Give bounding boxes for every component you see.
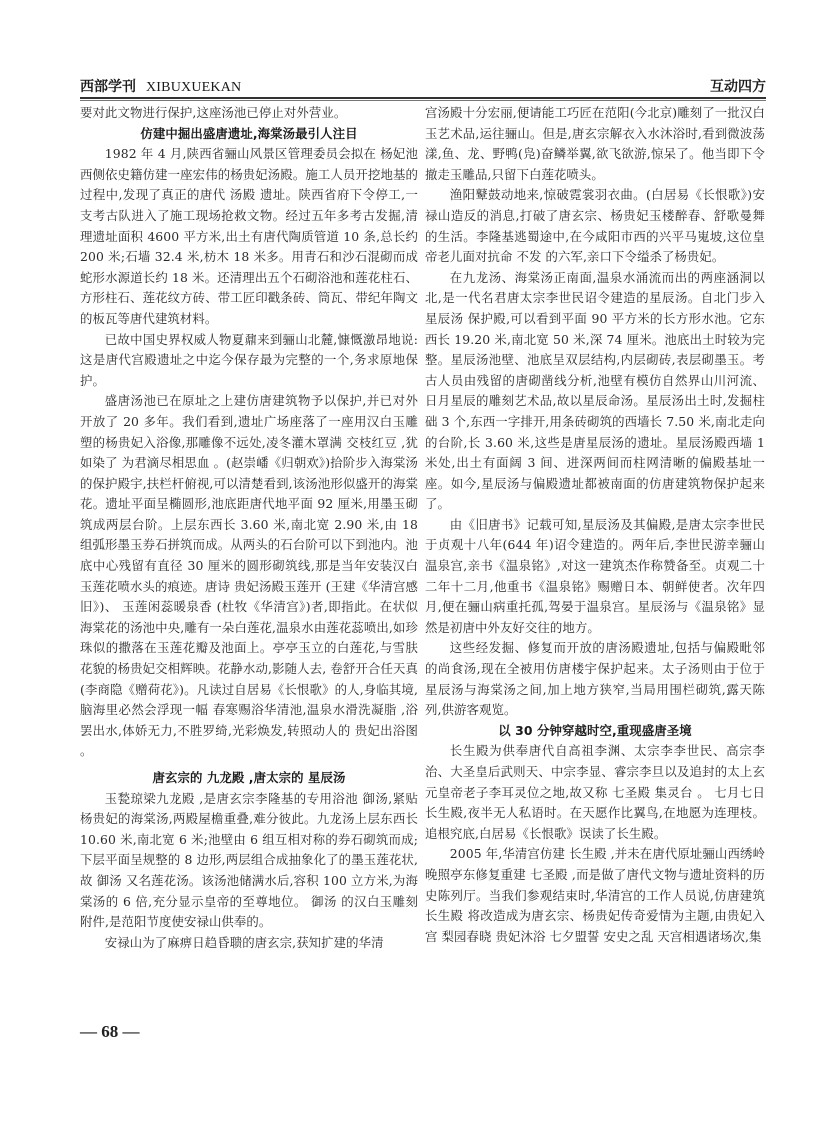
paragraph: 玉甃琼梁九龙殿 ,是唐玄宗李隆基的专用浴池 御汤,紧贴杨贵妃的海棠汤,两殿屋檐重… bbox=[80, 789, 418, 933]
paragraph: 长生殿为供奉唐代自高祖李渊、太宗李李世民、高宗李治、大圣皇后武则天、中宗李显、睿… bbox=[425, 741, 765, 844]
paragraph: 盛唐汤池已在原址之上建仿唐建筑物予以保护,并已对外开放了 20 多年。我们看到,… bbox=[80, 391, 418, 762]
header-rule-thick bbox=[80, 97, 766, 99]
section-heading: 仿建中掘出盛唐遗址,海棠汤最引人注目 bbox=[80, 124, 418, 145]
paragraph: 在九龙汤、海棠汤正南面,温泉水涌流而出的两座涵洞以北,是一代名君唐太宗李世民诏令… bbox=[425, 268, 765, 515]
paragraph: 2005 年,华清宫仿建 长生殿 ,并未在唐代原址骊山西绣岭晚照亭东修复重建 七… bbox=[425, 844, 765, 947]
paragraph-continued: 要对此文物进行保护,这座汤池已停止对外营业。 bbox=[80, 103, 418, 124]
left-column: 要对此文物进行保护,这座汤池已停止对外营业。 仿建中掘出盛唐遗址,海棠汤最引人注… bbox=[80, 103, 418, 953]
paragraph: 由《旧唐书》记载可知,星辰汤及其偏殿,是唐太宗李世民于贞观十八年(644 年)诏… bbox=[425, 515, 765, 639]
paragraph: 1982 年 4 月,陕西省骊山风景区管理委员会拟在 杨妃池 西侧依史籍仿建一座… bbox=[80, 144, 418, 329]
header-rule-thin bbox=[80, 100, 766, 101]
section-heading: 以 30 分钟穿越时空,重现盛唐圣境 bbox=[425, 721, 765, 742]
section-title: 互动四方 bbox=[710, 76, 766, 96]
right-column: 宫汤殿十分宏丽,便请能工巧匠在范阳(今北京)雕刻了一批汉白玉艺术品,运往骊山。但… bbox=[425, 103, 765, 947]
paragraph: 安禄山为了麻痹日趋昏聩的唐玄宗,获知扩建的华清 bbox=[80, 933, 418, 954]
paragraph: 这些经发掘、修复而开放的唐汤殿遗址,包括与偏殿毗邻的尚食汤,现在全被用仿唐楼宇保… bbox=[425, 638, 765, 720]
running-header: 西部学刊XIBUXUEKAN 互动四方 bbox=[80, 76, 766, 98]
journal-title-latin: XIBUXUEKAN bbox=[146, 80, 241, 95]
paragraph-continued: 宫汤殿十分宏丽,便请能工巧匠在范阳(今北京)雕刻了一批汉白玉艺术品,运往骊山。但… bbox=[425, 103, 765, 185]
paragraph: 渔阳鼙鼓动地来,惊破霓裳羽衣曲。(白居易《长恨歌》)安禄山造反的消息,打破了唐玄… bbox=[425, 185, 765, 267]
section-heading: 唐玄宗的 九龙殿 ,唐太宗的 星辰汤 bbox=[80, 768, 418, 789]
journal-title-cn: 西部学刊 bbox=[80, 79, 136, 95]
page-number: — 68 — bbox=[80, 1022, 140, 1042]
journal-title: 西部学刊XIBUXUEKAN bbox=[80, 76, 241, 96]
paragraph: 已故中国史界权威人物夏鼐来到骊山北麓,慷慨激昂地说: 这是唐代宫殿遗址之中迄今保… bbox=[80, 330, 418, 392]
